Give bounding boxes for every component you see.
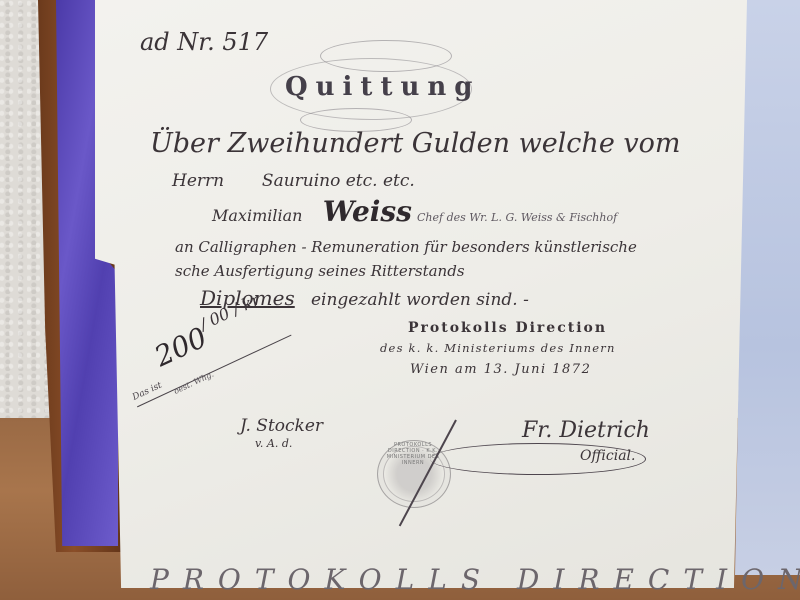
body-line-3: Maximilian Weiss Chef des Wr. L. G. Weis… — [212, 195, 617, 228]
name-line: Sauruino etc. etc. — [262, 171, 415, 191]
herrn-label: Herrn — [172, 171, 224, 191]
surname-note: Chef des Wr. L. G. Weiss & Fischhof — [417, 211, 617, 224]
signature-left-title: v. A. d. — [255, 437, 292, 450]
signature-right-title: Official. — [580, 448, 635, 464]
body-line-4: an Calligraphen - Remuneration für beson… — [175, 238, 637, 256]
reference-number: ad Nr. 517 — [140, 28, 268, 56]
surname: Weiss — [323, 195, 412, 228]
issuer-line-2: des k. k. Ministeriums des Innern — [380, 341, 616, 355]
issuer-line-1: Protokolls Direction — [408, 320, 607, 336]
amount-fraction: / 00 / kr — [197, 290, 263, 334]
amount-label: Das ist — [131, 381, 163, 403]
issuer-date: Wien am 13. Juni 1872 — [410, 362, 591, 377]
currency-note: oest. Whg. — [172, 370, 215, 396]
signature-left-name: J. Stocker — [240, 416, 323, 436]
footer-banner: PROTOKOLLS DIRECTION — [150, 563, 800, 596]
body-line-1: Über Zweihundert Gulden welche vom — [150, 128, 681, 159]
signature-right-name: Fr. Dietrich — [522, 418, 650, 443]
first-name: Maximilian — [212, 206, 302, 225]
body-line-5: sche Ausfertigung seines Ritterstands — [175, 262, 465, 280]
document-title: Quittung — [285, 72, 480, 102]
line-6-rest: eingezahlt worden sind. - — [311, 290, 529, 310]
body-line-2: Herrn Sauruino etc. etc. — [172, 171, 415, 191]
